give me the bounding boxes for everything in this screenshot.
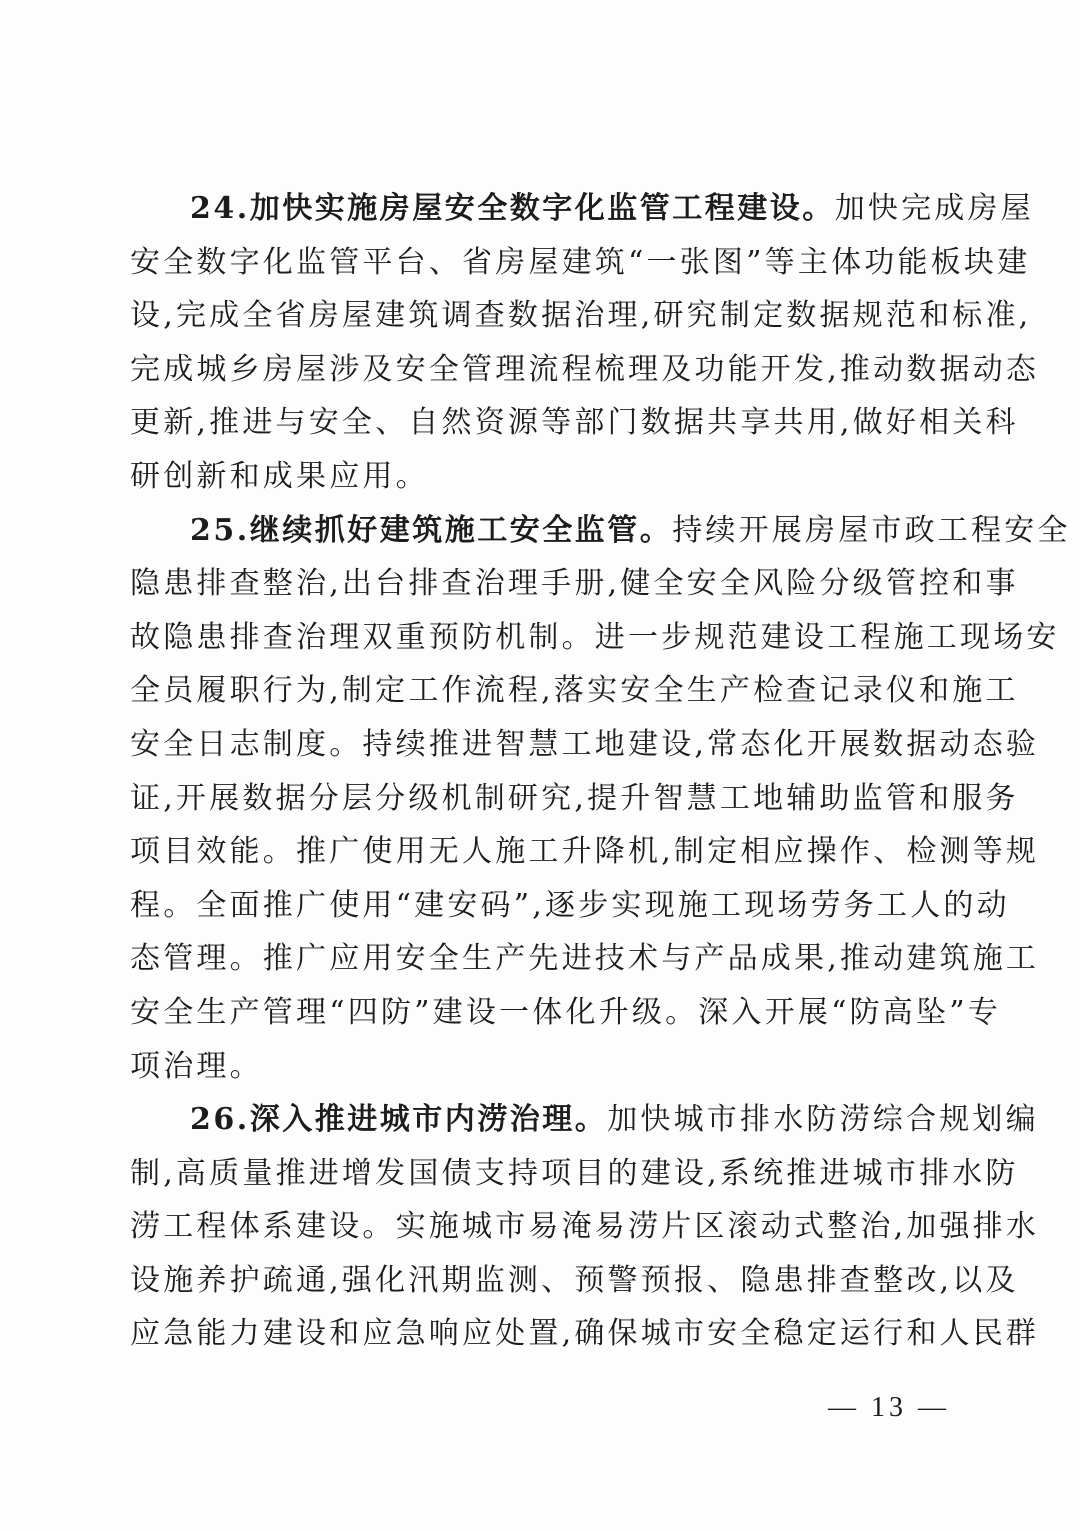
section-26-line-1: 26.深入推进城市内涝治理。加快城市排水防涝综合规划编 <box>130 1093 950 1147</box>
text-line: 完成城乡房屋涉及安全管理流程梳理及功能开发,推动数据动态 <box>130 343 950 397</box>
text-line: 故隐患排查治理双重预防机制。进一步规范建设工程施工现场安 <box>130 611 950 665</box>
text-line: 态管理。推广应用安全生产先进技术与产品成果,推动建筑施工 <box>130 932 950 986</box>
section-24-line-1: 24.加快实施房屋安全数字化监管工程建设。加快完成房屋 <box>130 182 950 236</box>
text-line: 制,高质量推进增发国债支持项目的建设,系统推进城市排水防 <box>130 1147 950 1201</box>
text-line: 安全日志制度。持续推进智慧工地建设,常态化开展数据动态验 <box>130 718 950 772</box>
section-24-heading: 24.加快实施房屋安全数字化监管工程建设。 <box>190 191 835 226</box>
text-line: 全员履职行为,制定工作流程,落实安全生产检查记录仪和施工 <box>130 664 950 718</box>
text-line: 隐患排查整治,出台排查治理手册,健全安全风险分级管控和事 <box>130 557 950 611</box>
text-line: 安全生产管理“四防”建设一体化升级。深入开展“防高坠”专 <box>130 986 950 1040</box>
text-line: 涝工程体系建设。实施城市易淹易涝片区滚动式整治,加强排水 <box>130 1200 950 1254</box>
document-page: 24.加快实施房屋安全数字化监管工程建设。加快完成房屋 安全数字化监管平台、省房… <box>0 0 1080 1531</box>
text-line: 设,完成全省房屋建筑调查数据治理,研究制定数据规范和标准, <box>130 289 950 343</box>
text-line: 证,开展数据分层分级机制研究,提升智慧工地辅助监管和服务 <box>130 772 950 826</box>
section-25-line-1: 25.继续抓好建筑施工安全监管。持续开展房屋市政工程安全 <box>130 504 950 558</box>
text-line: 项目效能。推广使用无人施工升降机,制定相应操作、检测等规 <box>130 825 950 879</box>
section-26-heading: 26.深入推进城市内涝治理。 <box>190 1102 607 1137</box>
text-line: 安全数字化监管平台、省房屋建筑“一张图”等主体功能板块建 <box>130 236 950 290</box>
page-content: 24.加快实施房屋安全数字化监管工程建设。加快完成房屋 安全数字化监管平台、省房… <box>130 182 950 1361</box>
text-line: 更新,推进与安全、自然资源等部门数据共享共用,做好相关科 <box>130 396 950 450</box>
text-line: 程。全面推广使用“建安码”,逐步实现施工现场劳务工人的动 <box>130 879 950 933</box>
section-25-heading: 25.继续抓好建筑施工安全监管。 <box>190 513 672 548</box>
text-line: 设施养护疏通,强化汛期监测、预警预报、隐患排查整改,以及 <box>130 1254 950 1308</box>
text-line: 项治理。 <box>130 1040 950 1094</box>
page-number: — 13 — <box>828 1392 950 1424</box>
text-line: 研创新和成果应用。 <box>130 450 950 504</box>
text-line: 应急能力建设和应急响应处置,确保城市安全稳定运行和人民群 <box>130 1307 950 1361</box>
